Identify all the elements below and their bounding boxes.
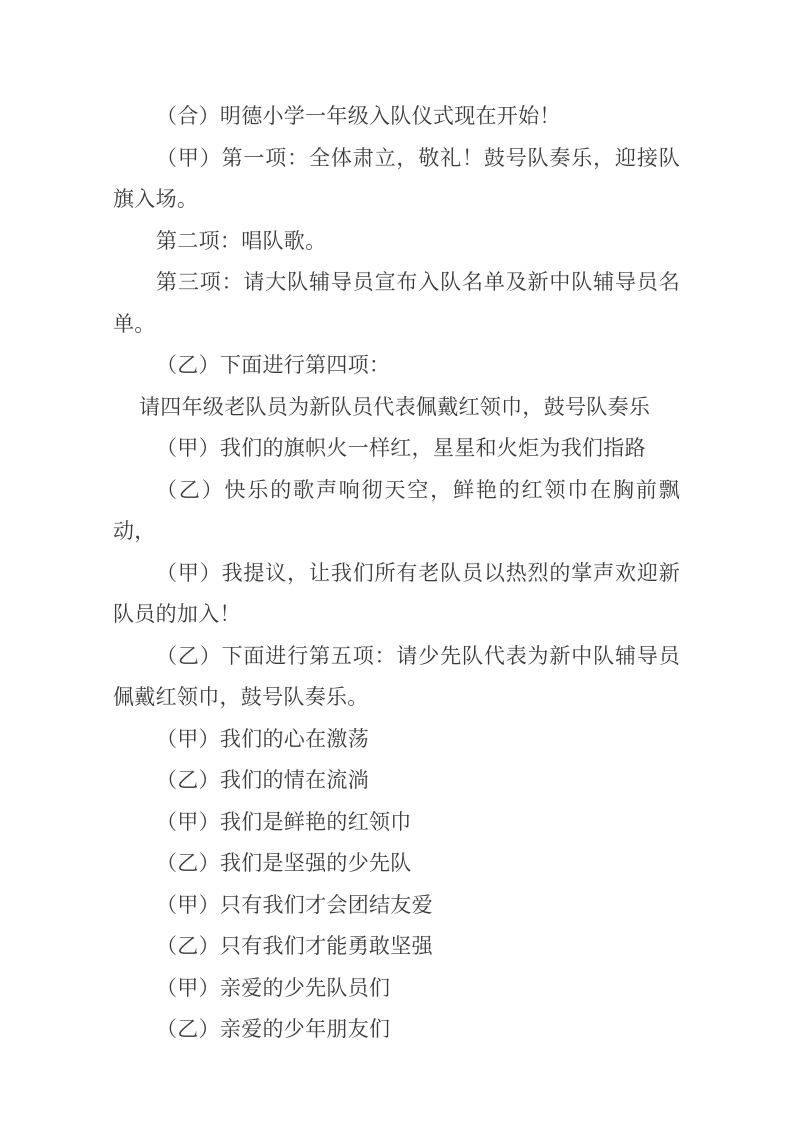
paragraph: 第二项：唱队歌。 <box>113 221 680 263</box>
paragraph: （乙）下面进行第四项： <box>113 345 680 387</box>
paragraph: （乙）下面进行第五项：请少先队代表为新中队辅导员佩戴红领巾，鼓号队奏乐。 <box>113 636 680 719</box>
paragraph: （乙）只有我们才能勇敢坚强 <box>113 926 680 968</box>
paragraph: （甲）我们的心在激荡 <box>113 719 680 761</box>
paragraph: （甲）亲爱的少先队员们 <box>113 968 680 1010</box>
paragraph: （甲）我们的旗帜火一样红，星星和火炬为我们指路 <box>113 428 680 470</box>
paragraph: （甲）我提议，让我们所有老队员以热烈的掌声欢迎新队员的加入！ <box>113 553 680 636</box>
paragraph: （合）明德小学一年级入队仪式现在开始！ <box>113 96 680 138</box>
paragraph: （甲）只有我们才会团结友爱 <box>113 885 680 927</box>
paragraph: （乙）我们是坚强的少先队 <box>113 843 680 885</box>
paragraph: 第三项：请大队辅导员宣布入队名单及新中队辅导员名单。 <box>113 262 680 345</box>
paragraph: （甲）我们是鲜艳的红领巾 <box>113 802 680 844</box>
paragraph: 请四年级老队员为新队员代表佩戴红领巾，鼓号队奏乐 <box>113 387 680 429</box>
document-page: （合）明德小学一年级入队仪式现在开始！ （甲）第一项：全体肃立，敬礼！鼓号队奏乐… <box>0 0 793 1122</box>
paragraph: （乙）亲爱的少年朋友们 <box>113 1009 680 1051</box>
paragraph: （甲）第一项：全体肃立，敬礼！鼓号队奏乐，迎接队旗入场。 <box>113 138 680 221</box>
paragraph: （乙）我们的情在流淌 <box>113 760 680 802</box>
paragraph: （乙）快乐的歌声响彻天空，鲜艳的红领巾在胸前飘动， <box>113 470 680 553</box>
